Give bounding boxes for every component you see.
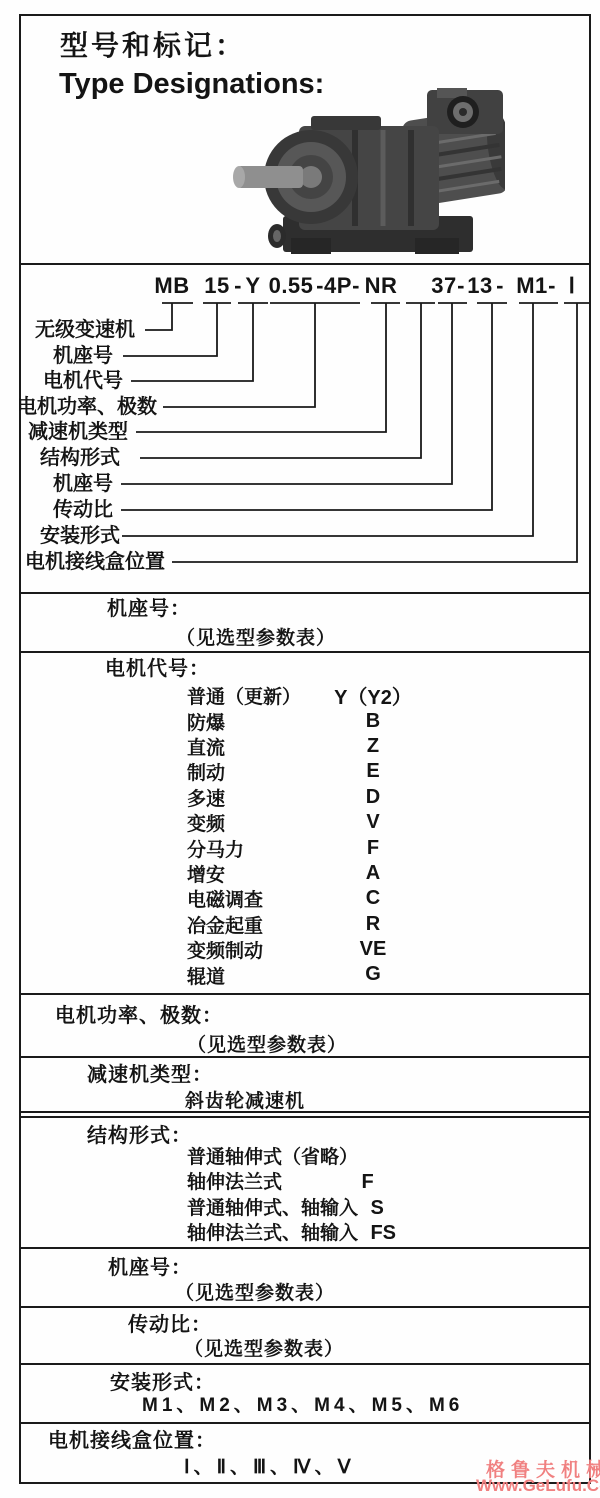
motor-code-row: 辊道 G [187,962,427,987]
motor-code-name: 电磁调查 [187,885,327,912]
motor-code-name: 普通（更新） [187,682,327,709]
section-mounting-value: M1、M2、M3、M4、M5、M6 [142,1393,463,1419]
designation-label: 机座号 [53,343,113,369]
section-frame-size-1-label: 机座号： [107,596,191,622]
section-ratio-value: （见选型参数表） [184,1337,344,1363]
motor-code-letter: B [327,710,419,733]
structure-form-row: 轴伸法兰式 F [187,1170,467,1195]
divider [19,993,591,995]
motor-code-row: 冶金起重 R [187,912,427,937]
gear-motor-photo [225,88,505,260]
section-frame-size-1-value: （见选型参数表） [176,626,336,652]
section-ratio-label: 传动比： [128,1312,212,1338]
motor-code-letter: Y（Y2） [327,681,419,710]
motor-code-row: 多速 D [187,785,427,810]
motor-code-letter: Z [327,735,419,758]
structure-form-row: 普通轴伸式（省略） [187,1145,467,1170]
section-motor-code-label: 电机代号： [105,656,210,682]
structure-form-name: 轴伸法兰式、轴输入 [187,1221,358,1246]
structure-form-row: 普通轴伸式、轴输入 S [187,1196,467,1221]
motor-code-letter: VE [327,938,419,961]
motor-code-letter: C [327,887,419,910]
section-reducer-type-value: 斜齿轮减速机 [185,1089,305,1115]
divider [19,1422,591,1424]
section-terminal-box-value: Ⅰ、Ⅱ、Ⅲ、Ⅳ、Ⅴ [184,1455,355,1481]
divider [19,1363,591,1365]
motor-code-letter: F [327,837,419,860]
designation-label: 电机接线盒位置 [25,549,165,575]
divider [19,1247,591,1249]
divider [19,1116,591,1118]
structure-form-row: 轴伸法兰式、轴输入 FS [187,1221,467,1246]
section-frame-size-2-label: 机座号： [108,1255,192,1281]
motor-code-row: 变频 V [187,810,427,835]
motor-code-name: 辊道 [187,962,327,989]
designation-label: 电机功率、极数 [17,394,157,420]
structure-form-list: 普通轴伸式（省略） 轴伸法兰式 F 普通轴伸式、轴输入 S 轴伸法兰式、轴输入 … [187,1145,467,1247]
motor-code-name: 增安 [187,860,327,887]
section-structure-label: 结构形式： [87,1123,192,1149]
motor-code-name: 冶金起重 [187,911,327,938]
motor-code-row: 制动 E [187,759,427,784]
designation-label: 结构形式 [40,445,120,471]
structure-form-name: 普通轴伸式、轴输入 [187,1196,358,1221]
motor-code-letter: V [327,811,419,834]
structure-form-code: FS [370,1221,396,1246]
motor-code-name: 变频制动 [187,936,327,963]
motor-code-row: 防爆 B [187,708,427,733]
motor-code-name: 防爆 [187,708,327,735]
designation-label: 传动比 [53,497,113,523]
section-frame-size-2-value: （见选型参数表） [175,1281,335,1307]
motor-code-list: 普通（更新） Y（Y2） 防爆 B 直流 Z 制动 E 多速 D 变频 V 分马… [187,683,427,988]
motor-code-letter: A [327,862,419,885]
structure-form-name: 轴伸法兰式 [187,1170,349,1195]
motor-code-letter: R [327,913,419,936]
catalog-page: 型号和标记： Type Designations: [0,0,600,1498]
motor-code-name: 变频 [187,809,327,836]
designation-label: 机座号 [53,471,113,497]
page-title-cn: 型号和标记： [60,24,246,64]
designation-label: 无级变速机 [35,317,135,343]
structure-form-code: F [361,1170,373,1195]
designation-label: 安装形式 [40,523,120,549]
section-terminal-box-label: 电机接线盒位置： [48,1428,216,1454]
designation-label: 减速机类型 [28,419,128,445]
structure-form-name: 普通轴伸式（省略） [187,1145,358,1170]
motor-code-name: 直流 [187,733,327,760]
designation-label: 电机代号 [43,368,123,394]
motor-code-row: 电磁调查 C [187,886,427,911]
motor-code-row: 直流 Z [187,734,427,759]
motor-code-row: 变频制动 VE [187,937,427,962]
motor-code-letter: G [327,963,419,986]
watermark-url: Www.GeLufu.Com [476,1476,600,1496]
motor-code-name: 多速 [187,784,327,811]
motor-code-letter: D [327,786,419,809]
motor-code-row: 分马力 F [187,835,427,860]
motor-code-row: 增安 A [187,861,427,886]
motor-code-name: 制动 [187,758,327,785]
motor-code-row: 普通（更新） Y（Y2） [187,683,427,708]
structure-form-code: S [370,1196,383,1221]
section-power-poles-value: （见选型参数表） [187,1033,347,1059]
section-reducer-type-label: 减速机类型： [87,1062,213,1088]
motor-code-letter: E [327,760,419,783]
section-power-poles-label: 电机功率、极数： [55,1003,223,1029]
motor-code-name: 分马力 [187,835,327,862]
